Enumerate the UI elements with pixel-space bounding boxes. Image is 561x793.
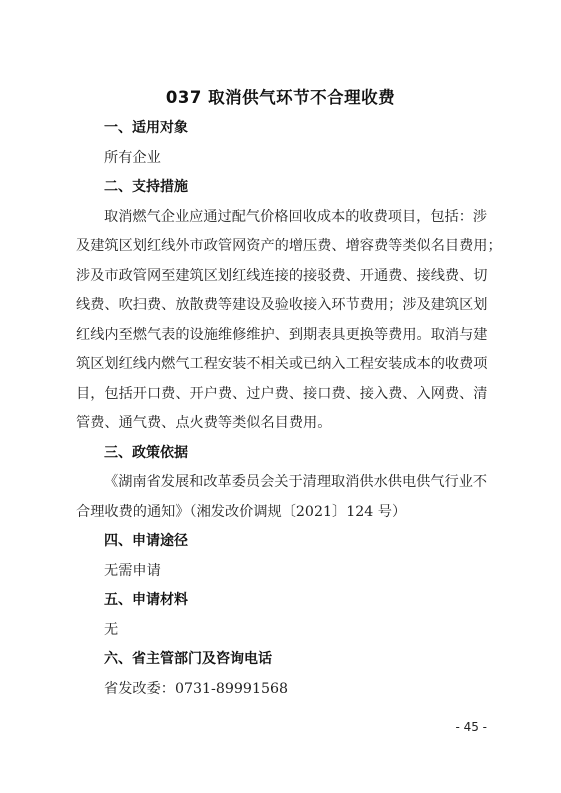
section-heading-application-materials: 五、申请材料: [76, 586, 486, 616]
section-text: 所有企业: [76, 144, 486, 174]
paragraph-line: 红线内至燃气表的设施维修维护、到期表具更换等费用。取消与建: [76, 321, 486, 351]
section-heading-department-contact: 六、省主管部门及咨询电话: [76, 645, 486, 675]
paragraph-line: 管费、通气费、点火费等类似名目费用。: [76, 409, 486, 439]
contact-phone: 省发改委：0731-89991568: [76, 675, 486, 705]
paragraph-line: 筑区划红线内燃气工程安装不相关或已纳入工程安装成本的收费项: [76, 350, 486, 380]
section-text: 无: [76, 616, 486, 646]
section-heading-applicable-objects: 一、适用对象: [76, 114, 486, 144]
document-body: 一、适用对象 所有企业 二、支持措施 取消燃气企业应通过配气价格回收成本的收费项…: [76, 114, 486, 704]
paragraph-policy-basis: 《湖南省发展和改革委员会关于清理取消供水供电供气行业不 合理收费的通知》（湘发改…: [76, 468, 486, 527]
page-title: 037 取消供气环节不合理收费: [0, 84, 561, 108]
section-heading-policy-basis: 三、政策依据: [76, 439, 486, 469]
section-text: 无需申请: [76, 557, 486, 587]
page-number: - 45 -: [455, 720, 487, 734]
paragraph-support-measures: 取消燃气企业应通过配气价格回收成本的收费项目，包括：涉 及建筑区划红线外市政管网…: [76, 203, 486, 439]
section-heading-application-channel: 四、申请途径: [76, 527, 486, 557]
paragraph-line: 取消燃气企业应通过配气价格回收成本的收费项目，包括：涉: [76, 203, 486, 233]
paragraph-line: 及建筑区划红线外市政管网资产的增压费、增容费等类似名目费用；: [76, 232, 486, 262]
document-page: 037 取消供气环节不合理收费 一、适用对象 所有企业 二、支持措施 取消燃气企…: [0, 0, 561, 793]
paragraph-line: 涉及市政管网至建筑区划红线连接的接驳费、开通费、接线费、切: [76, 262, 486, 292]
paragraph-line: 线费、吹扫费、放散费等建设及验收接入环节费用；涉及建筑区划: [76, 291, 486, 321]
paragraph-line: 合理收费的通知》（湘发改价调规〔2021〕124 号）: [76, 498, 486, 528]
paragraph-line: 目，包括开口费、开户费、过户费、接口费、接入费、入网费、清: [76, 380, 486, 410]
paragraph-line: 《湖南省发展和改革委员会关于清理取消供水供电供气行业不: [76, 468, 486, 498]
section-heading-support-measures: 二、支持措施: [76, 173, 486, 203]
